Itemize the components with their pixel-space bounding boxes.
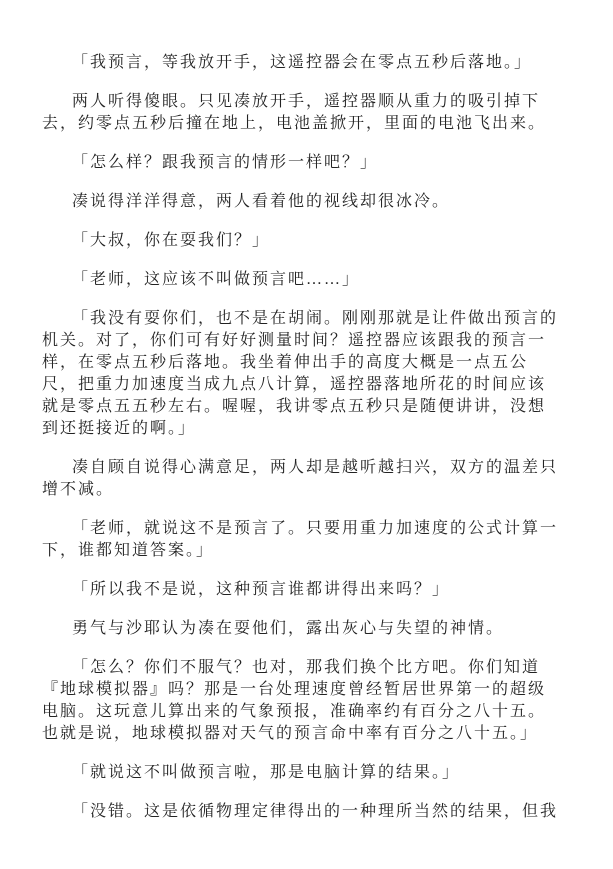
paragraph: 「就说这不叫做预言啦，那是电脑计算的结果。」 (42, 762, 562, 784)
novel-text-block: 「我预言，等我放开手，这遥控器会在零点五秒后落地。」两人听得傻眼。只见凑放开手，… (42, 52, 562, 823)
novel-page: 「我预言，等我放开手，这遥控器会在零点五秒后落地。」两人听得傻眼。只见凑放开手，… (0, 0, 613, 869)
paragraph: 「怎么样？跟我预言的情形一样吧？」 (42, 152, 562, 174)
paragraph: 「没错。这是依循物理定律得出的一种理所当然的结果，但我 (42, 801, 562, 823)
paragraph: 「老师，就说这不是预言了。只要用重力加速度的公式计算一下，谁都知道答案。」 (42, 518, 562, 562)
paragraph: 「怎么？你们不服气？也对，那我们换个比方吧。你们知道『地球模拟器』吗？那是一台处… (42, 657, 562, 745)
paragraph: 凑说得洋洋得意，两人看着他的视线却很冰冷。 (42, 191, 562, 213)
paragraph: 两人听得傻眼。只见凑放开手，遥控器顺从重力的吸引掉下去，约零点五秒后撞在地上，电… (42, 91, 562, 135)
paragraph: 「大叔，你在耍我们？」 (42, 230, 562, 252)
paragraph: 勇气与沙耶认为凑在耍他们，露出灰心与失望的神情。 (42, 618, 562, 640)
paragraph: 「老师，这应该不叫做预言吧……」 (42, 269, 562, 291)
paragraph: 凑自顾自说得心满意足，两人却是越听越扫兴，双方的温差只增不减。 (42, 457, 562, 501)
paragraph: 「我预言，等我放开手，这遥控器会在零点五秒后落地。」 (42, 52, 562, 74)
paragraph: 「所以我不是说，这种预言谁都讲得出来吗？」 (42, 579, 562, 601)
paragraph: 「我没有耍你们，也不是在胡闹。刚刚那就是让件做出预言的机关。对了，你们可有好好测… (42, 308, 562, 440)
